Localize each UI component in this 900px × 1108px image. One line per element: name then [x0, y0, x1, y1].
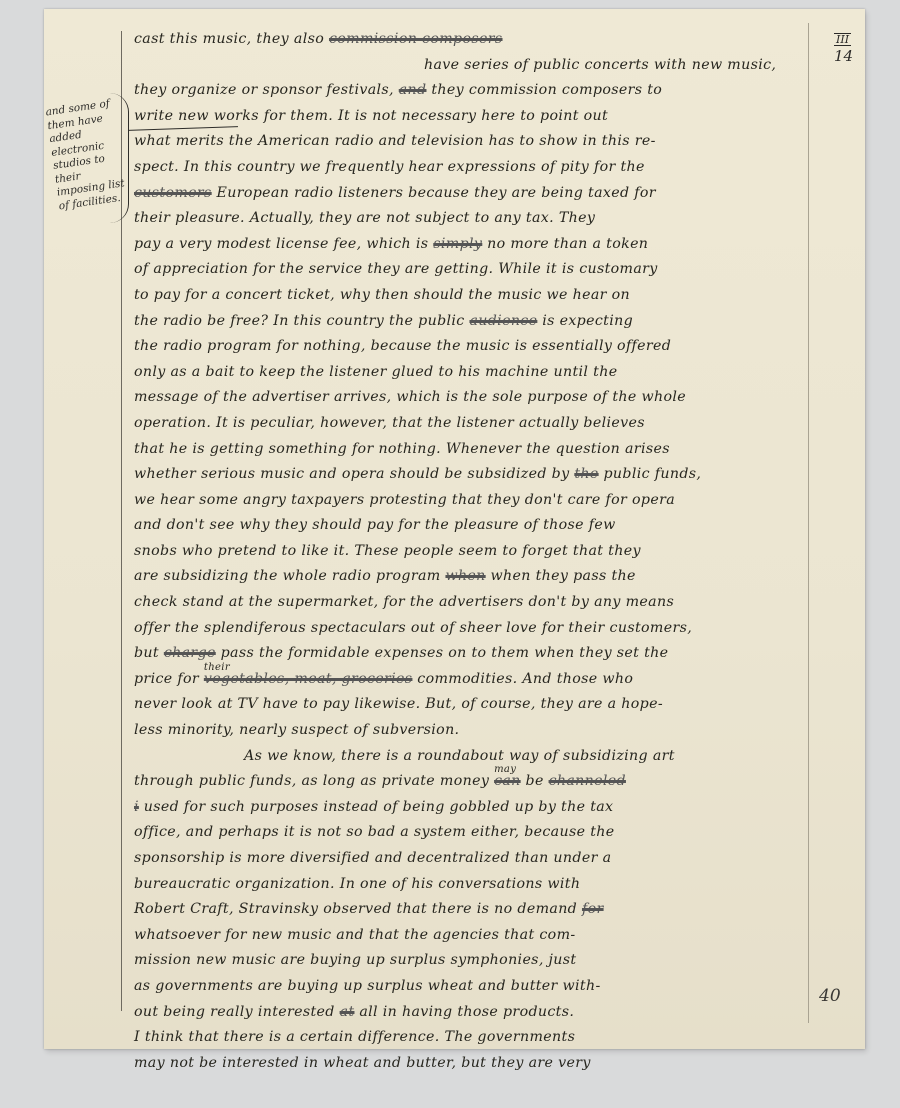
text-run: have series of public concerts with new … — [424, 57, 776, 73]
text-line: of appreciation for the service they are… — [134, 257, 794, 283]
header-page-number: 14 — [834, 47, 853, 65]
text-line: but charge pass the formidable expenses … — [134, 641, 794, 667]
text-line: check stand at the supermarket, for the … — [134, 590, 794, 616]
text-run: and don't see why they should pay for th… — [134, 517, 616, 533]
text-line: As we know, there is a roundabout way of… — [134, 744, 794, 770]
inserted-word: their — [204, 655, 230, 681]
text-run: they commission composers to — [426, 82, 662, 98]
text-run: is expecting — [537, 313, 633, 329]
text-run: sponsorship is more diversified and dece… — [134, 850, 611, 866]
text-run: It is not necessary here to point out — [333, 108, 608, 124]
text-run: used for such purposes instead of being … — [139, 799, 614, 815]
text-line: out being really interested at all in ha… — [134, 1000, 794, 1026]
text-run: As we know, there is a roundabout way of… — [244, 748, 675, 764]
text-line: never look at TV have to pay likewise. B… — [134, 692, 794, 718]
text-line: only as a bait to keep the listener glue… — [134, 360, 794, 386]
text-run: whether serious music and opera should b… — [134, 466, 574, 482]
text-run: but — [134, 645, 164, 661]
text-run: pass the formidable expenses on to them … — [216, 645, 669, 661]
struck-text: commission composers — [329, 31, 503, 47]
text-run: office, and perhaps it is not so bad a s… — [134, 824, 615, 840]
page-header-number: III14 — [834, 29, 865, 65]
text-run: be — [521, 773, 549, 789]
text-run: all in having those products. — [354, 1004, 574, 1020]
correction: maycan — [494, 769, 521, 795]
text-run: to pay for a concert ticket, why then sh… — [134, 287, 630, 303]
text-run: check stand at the supermarket, for the … — [134, 594, 674, 610]
text-line: are subsidizing the whole radio program … — [134, 564, 794, 590]
text-line: customers European radio listeners becau… — [134, 181, 794, 207]
manuscript-page: III14 and some of them have added electr… — [44, 9, 865, 1049]
text-run: spect. In this country we frequently hea… — [134, 159, 645, 175]
struck-text: simply — [433, 236, 482, 252]
text-run: write new works for them. — [134, 108, 333, 124]
text-run: are subsidizing the whole radio program — [134, 568, 445, 584]
text-line: may not be interested in wheat and butte… — [134, 1051, 794, 1077]
text-run: never look at TV have to pay likewise. B… — [134, 696, 663, 712]
text-run: as governments are buying up surplus whe… — [134, 978, 601, 994]
text-line: bureaucratic organization. In one of his… — [134, 872, 794, 898]
text-line: cast this music, they also commission co… — [134, 27, 794, 53]
section-mark: III — [834, 33, 851, 46]
text-line: to pay for a concert ticket, why then sh… — [134, 283, 794, 309]
struck-text: the — [574, 466, 598, 482]
text-line: the radio program for nothing, because t… — [134, 334, 794, 360]
text-run: of appreciation for the service they are… — [134, 261, 658, 277]
struck-text: when — [445, 568, 485, 584]
text-run: European radio listeners because they ar… — [212, 185, 656, 201]
text-line: their pleasure. Actually, they are not s… — [134, 206, 794, 232]
text-line: sponsorship is more diversified and dece… — [134, 846, 794, 872]
text-run: commodities. And those who — [412, 671, 633, 687]
text-line: pay a very modest license fee, which is … — [134, 232, 794, 258]
struck-text: vegetables, meat, groceries — [204, 671, 413, 687]
text-run: the radio be free? In this country the p… — [134, 313, 469, 329]
text-run: pay a very modest license fee, which is — [134, 236, 433, 252]
text-run: I think that there is a certain differen… — [134, 1029, 575, 1045]
text-line: price for theirvegetables, meat, groceri… — [134, 667, 794, 693]
handwritten-body: cast this music, they also commission co… — [134, 27, 794, 1076]
text-run: Robert Craft, Stravinsky observed that t… — [134, 901, 582, 917]
text-line: whatsoever for new music and that the ag… — [134, 923, 794, 949]
right-margin-rule — [808, 23, 809, 1023]
text-run: that he is getting something for nothing… — [134, 441, 670, 457]
text-line: that he is getting something for nothing… — [134, 437, 794, 463]
text-run: public funds, — [599, 466, 702, 482]
text-line: we hear some angry taxpayers protesting … — [134, 488, 794, 514]
text-run: offer the splendiferous spectaculars out… — [134, 620, 692, 636]
text-line: I think that there is a certain differen… — [134, 1025, 794, 1051]
text-run: what merits the American radio and telev… — [134, 133, 656, 149]
text-line: and don't see why they should pay for th… — [134, 513, 794, 539]
text-run: less minority, nearly suspect of subvers… — [134, 722, 459, 738]
margin-note: and some of them have added electronic s… — [45, 97, 131, 214]
struck-text: audience — [469, 313, 537, 329]
text-line: they organize or sponsor festivals, and … — [134, 78, 794, 104]
struck-text: for — [582, 901, 604, 917]
text-run: mission new music are buying up surplus … — [134, 952, 576, 968]
text-run: whatsoever for new music and that the ag… — [134, 927, 576, 943]
text-line: Robert Craft, Stravinsky observed that t… — [134, 897, 794, 923]
text-line: office, and perhaps it is not so bad a s… — [134, 820, 794, 846]
text-line: operation. It is peculiar, however, that… — [134, 411, 794, 437]
inserted-word: may — [494, 757, 516, 783]
text-run: out being really interested — [134, 1004, 340, 1020]
text-line: through public funds, as long as private… — [134, 769, 794, 795]
text-line: i used for such purposes instead of bein… — [134, 795, 794, 821]
text-run: only as a bait to keep the listener glue… — [134, 364, 617, 380]
text-line: as governments are buying up surplus whe… — [134, 974, 794, 1000]
text-run: may not be interested in wheat and butte… — [134, 1055, 591, 1071]
folio-number: 40 — [819, 986, 841, 1006]
text-run: when they pass the — [486, 568, 636, 584]
text-run: operation. It is peculiar, however, that… — [134, 415, 645, 431]
struck-text: and — [399, 82, 427, 98]
text-run: their pleasure. Actually, they are not s… — [134, 210, 595, 226]
text-line: message of the advertiser arrives, which… — [134, 385, 794, 411]
text-line: snobs who pretend to like it. These peop… — [134, 539, 794, 565]
text-run: snobs who pretend to like it. These peop… — [134, 543, 641, 559]
text-run: message of the advertiser arrives, which… — [134, 389, 686, 405]
text-line: less minority, nearly suspect of subvers… — [134, 718, 794, 744]
struck-text: channeled — [549, 773, 626, 789]
struck-text: at — [340, 1004, 355, 1020]
text-line: have series of public concerts with new … — [134, 53, 794, 79]
text-run: cast this music, they also — [134, 31, 329, 47]
text-run: they organize or sponsor festivals, — [134, 82, 399, 98]
text-line: what merits the American radio and telev… — [134, 129, 794, 155]
text-run: no more than a token — [482, 236, 648, 252]
text-line: write new works for them. It is not nece… — [134, 104, 794, 130]
text-line: spect. In this country we frequently hea… — [134, 155, 794, 181]
text-line: whether serious music and opera should b… — [134, 462, 794, 488]
text-run: price for — [134, 671, 204, 687]
text-run: the radio program for nothing, because t… — [134, 338, 671, 354]
text-run: we hear some angry taxpayers protesting … — [134, 492, 675, 508]
text-line: the radio be free? In this country the p… — [134, 309, 794, 335]
text-run: bureaucratic organization. In one of his… — [134, 876, 580, 892]
struck-text: customers — [134, 185, 212, 201]
text-run: through public funds, as long as private… — [134, 773, 494, 789]
correction: theirvegetables, meat, groceries — [204, 667, 413, 693]
text-line: mission new music are buying up surplus … — [134, 948, 794, 974]
text-line: offer the splendiferous spectaculars out… — [134, 616, 794, 642]
